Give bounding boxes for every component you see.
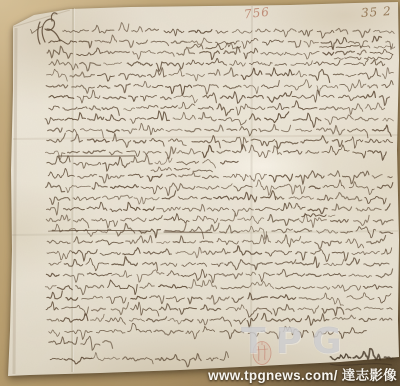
archival-number-right: 35 2 — [361, 4, 393, 20]
manuscript-photo: 756 35 2 TPG www.tpgnews.com/ 達志影像 — [0, 0, 400, 386]
archival-number-left: 756 — [243, 5, 270, 22]
agency-url-watermark: www.tpgnews.com/ 達志影像 — [208, 364, 397, 384]
tpg-logo-watermark: TPG — [241, 324, 352, 360]
